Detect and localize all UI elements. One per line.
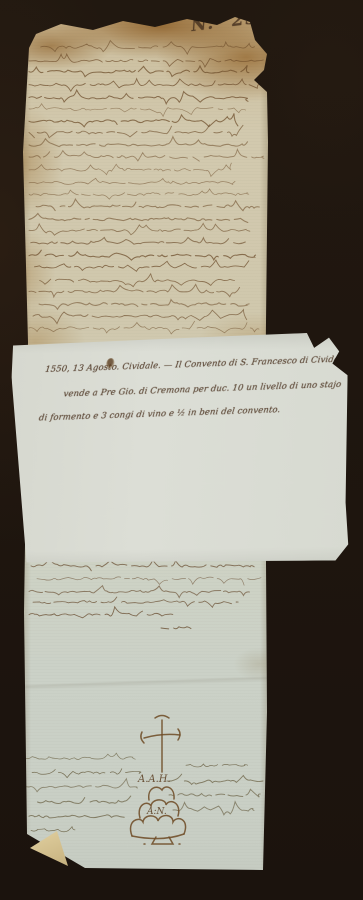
summary-line-2: vende a Pre Gio. di Cremona per duc. 10 … [63, 381, 342, 399]
notary-sign-drawing: A.A.H. A:N. [116, 712, 208, 848]
summary-line-1: 1550, 13 Agosto. Cividale. — Il Convento… [44, 355, 347, 374]
manuscript-text-middle [29, 560, 261, 644]
photo-backdrop: N.º 25 A.A.H. A:N. [0, 0, 363, 900]
cross-icon [141, 716, 180, 773]
notary-letters-top: A.A.H. [137, 774, 171, 785]
notary-letters-inner: A:N. [146, 807, 167, 817]
archival-number: N.º 25 [190, 10, 259, 35]
manuscript-text-upper [29, 42, 264, 342]
archivist-summary-card: 1550, 13 Agosto. Cividale. — Il Convento… [11, 332, 351, 565]
summary-line-3: di formento e 3 congi di vino e ½ in ben… [38, 406, 280, 423]
archival-number-text: N.º 25 [190, 8, 259, 36]
